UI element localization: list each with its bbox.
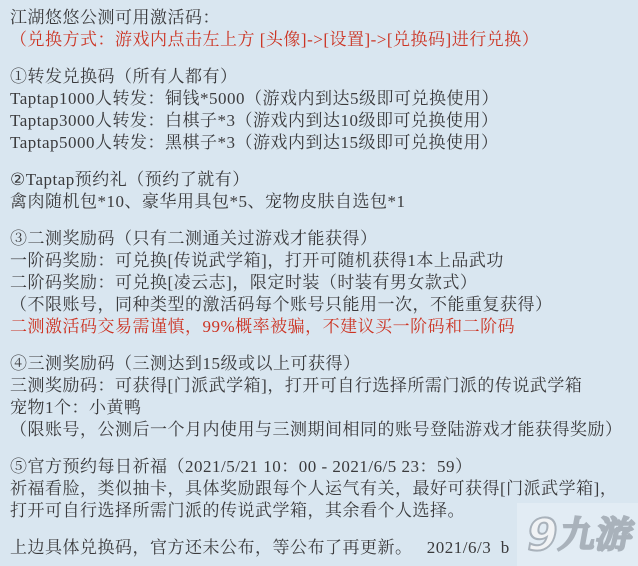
text-line: （不限账号，同种类型的激活码每个账号只能用一次，不能重复获得）: [10, 294, 632, 316]
text-line: 三测奖励码：可获得[门派武学箱]，打开可自行选择所需门派的传说武学箱: [10, 375, 632, 397]
text-line: Taptap5000人转发：黑棋子*3（游戏内到达15级即可兑换使用）: [10, 132, 632, 154]
text-line: 禽肉随机包*10、豪华用具包*5、宠物皮肤自选包*1: [10, 191, 632, 213]
text-line: 二测激活码交易需谨慎，99%概率被骗，不建议买一阶码和二阶码: [10, 316, 632, 338]
text-line: Taptap1000人转发：铜钱*5000（游戏内到达5级即可兑换使用）: [10, 88, 632, 110]
text-line: 宠物1个：小黄鸭: [10, 397, 632, 419]
text-line: 一阶码奖励：可兑换[传说武学箱]，打开可随机获得1本上品武功: [10, 250, 632, 272]
article-page: 江湖悠悠公测可用激活码：（兑换方式：游戏内点击左上方 [头像]->[设置]->[…: [0, 0, 638, 566]
section-taptap-reservation-gift: ②Taptap预约礼（预约了就有）禽肉随机包*10、豪华用具包*5、宠物皮肤自选…: [10, 169, 632, 213]
article-body: 江湖悠悠公测可用激活码：（兑换方式：游戏内点击左上方 [头像]->[设置]->[…: [0, 0, 638, 559]
section-third-test-reward-codes: ④三测奖励码（三测达到15级或以上可获得）三测奖励码：可获得[门派武学箱]，打开…: [10, 353, 632, 441]
section-second-test-reward-codes: ③二测奖励码（只有二测通关过游戏才能获得）一阶码奖励：可兑换[传说武学箱]，打开…: [10, 228, 632, 338]
section-forward-codes: ①转发兑换码（所有人都有）Taptap1000人转发：铜钱*5000（游戏内到达…: [10, 66, 632, 154]
text-line: ①转发兑换码（所有人都有）: [10, 66, 632, 88]
text-line: （限账号，公测后一个月内使用与三测期间相同的账号登陆游戏才能获得奖励）: [10, 419, 632, 441]
text-line: ②Taptap预约礼（预约了就有）: [10, 169, 632, 191]
text-line: 江湖悠悠公测可用激活码：: [10, 7, 632, 29]
text-line: ③二测奖励码（只有二测通关过游戏才能获得）: [10, 228, 632, 250]
text-line: ⑤官方预约每日祈福（2021/5/21 10：00 - 2021/6/5 23：…: [10, 456, 632, 478]
text-line: ④三测奖励码（三测达到15级或以上可获得）: [10, 353, 632, 375]
text-line: （兑换方式：游戏内点击左上方 [头像]->[设置]->[兑换码]进行兑换）: [10, 29, 632, 51]
section-title: 江湖悠悠公测可用激活码：（兑换方式：游戏内点击左上方 [头像]->[设置]->[…: [10, 7, 632, 51]
watermark-backdrop: [517, 503, 638, 566]
text-line: 二阶码奖励：可兑换[凌云志]，限定时装（时装有男女款式）: [10, 272, 632, 294]
text-line: Taptap3000人转发：白棋子*3（游戏内到达10级即可兑换使用）: [10, 110, 632, 132]
